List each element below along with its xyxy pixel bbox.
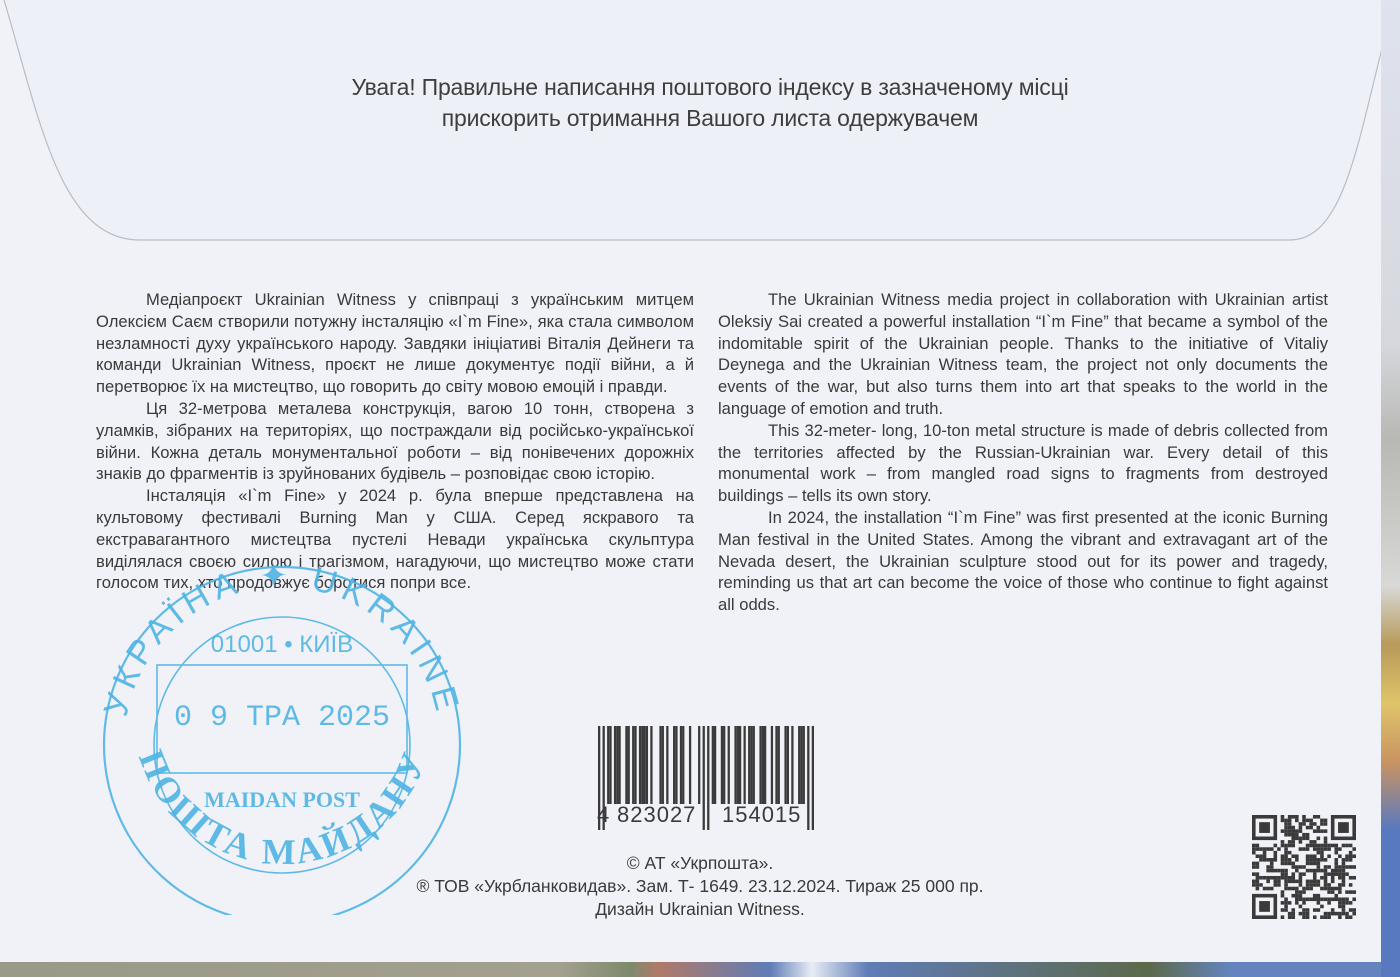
envelope-back: Увага! Правильне написання поштового інд…	[0, 0, 1381, 962]
paragraph: In 2024, the installation “I`m Fine” was…	[718, 507, 1328, 616]
barcode-first-digit: 4	[597, 802, 610, 828]
printer-line: ® ТОВ «Укрбланковидав». Зам. Т- 1649. 23…	[0, 875, 1400, 898]
barcode-right-group: 154015	[722, 802, 801, 828]
paragraph: Медіапроєкт Ukrainian Witness у співпрац…	[96, 289, 694, 398]
barcode-left-group: 823027	[617, 802, 696, 828]
paragraph: Ця 32-метрова металева конструкція, ваго…	[96, 398, 694, 485]
paragraph: Інсталяція «I`m Fine» у 2024 р. була впе…	[96, 485, 694, 594]
notice-line-1: Увага! Правильне написання поштового інд…	[0, 72, 1400, 103]
postal-code-notice: Увага! Правильне написання поштового інд…	[0, 72, 1400, 134]
notice-line-2: прискорить отримання Вашого листа одержу…	[0, 103, 1400, 134]
paragraph: This 32-meter- long, 10-ton metal struct…	[718, 420, 1328, 507]
cover-artwork-right-edge	[1381, 0, 1400, 977]
imprint: © АТ «Укрпошта». ® ТОВ «Укрбланковидав».…	[0, 852, 1400, 921]
stamp-date: 0 9 ТРА 2025	[174, 701, 390, 735]
description-ukrainian: Медіапроєкт Ukrainian Witness у співпрац…	[96, 289, 694, 594]
qr-code-icon	[1252, 815, 1356, 919]
description-english: The Ukrainian Witness media project in c…	[718, 289, 1328, 616]
cover-artwork-bottom-edge	[0, 962, 1400, 977]
stamp-postcode: 01001 • КИЇВ	[211, 631, 353, 658]
design-credit: Дизайн Ukrainian Witness.	[0, 898, 1400, 921]
copyright-line: © АТ «Укрпошта».	[0, 852, 1400, 875]
stamp-office-en: MAIDAN POST	[204, 787, 360, 812]
paragraph: The Ukrainian Witness media project in c…	[718, 289, 1328, 420]
